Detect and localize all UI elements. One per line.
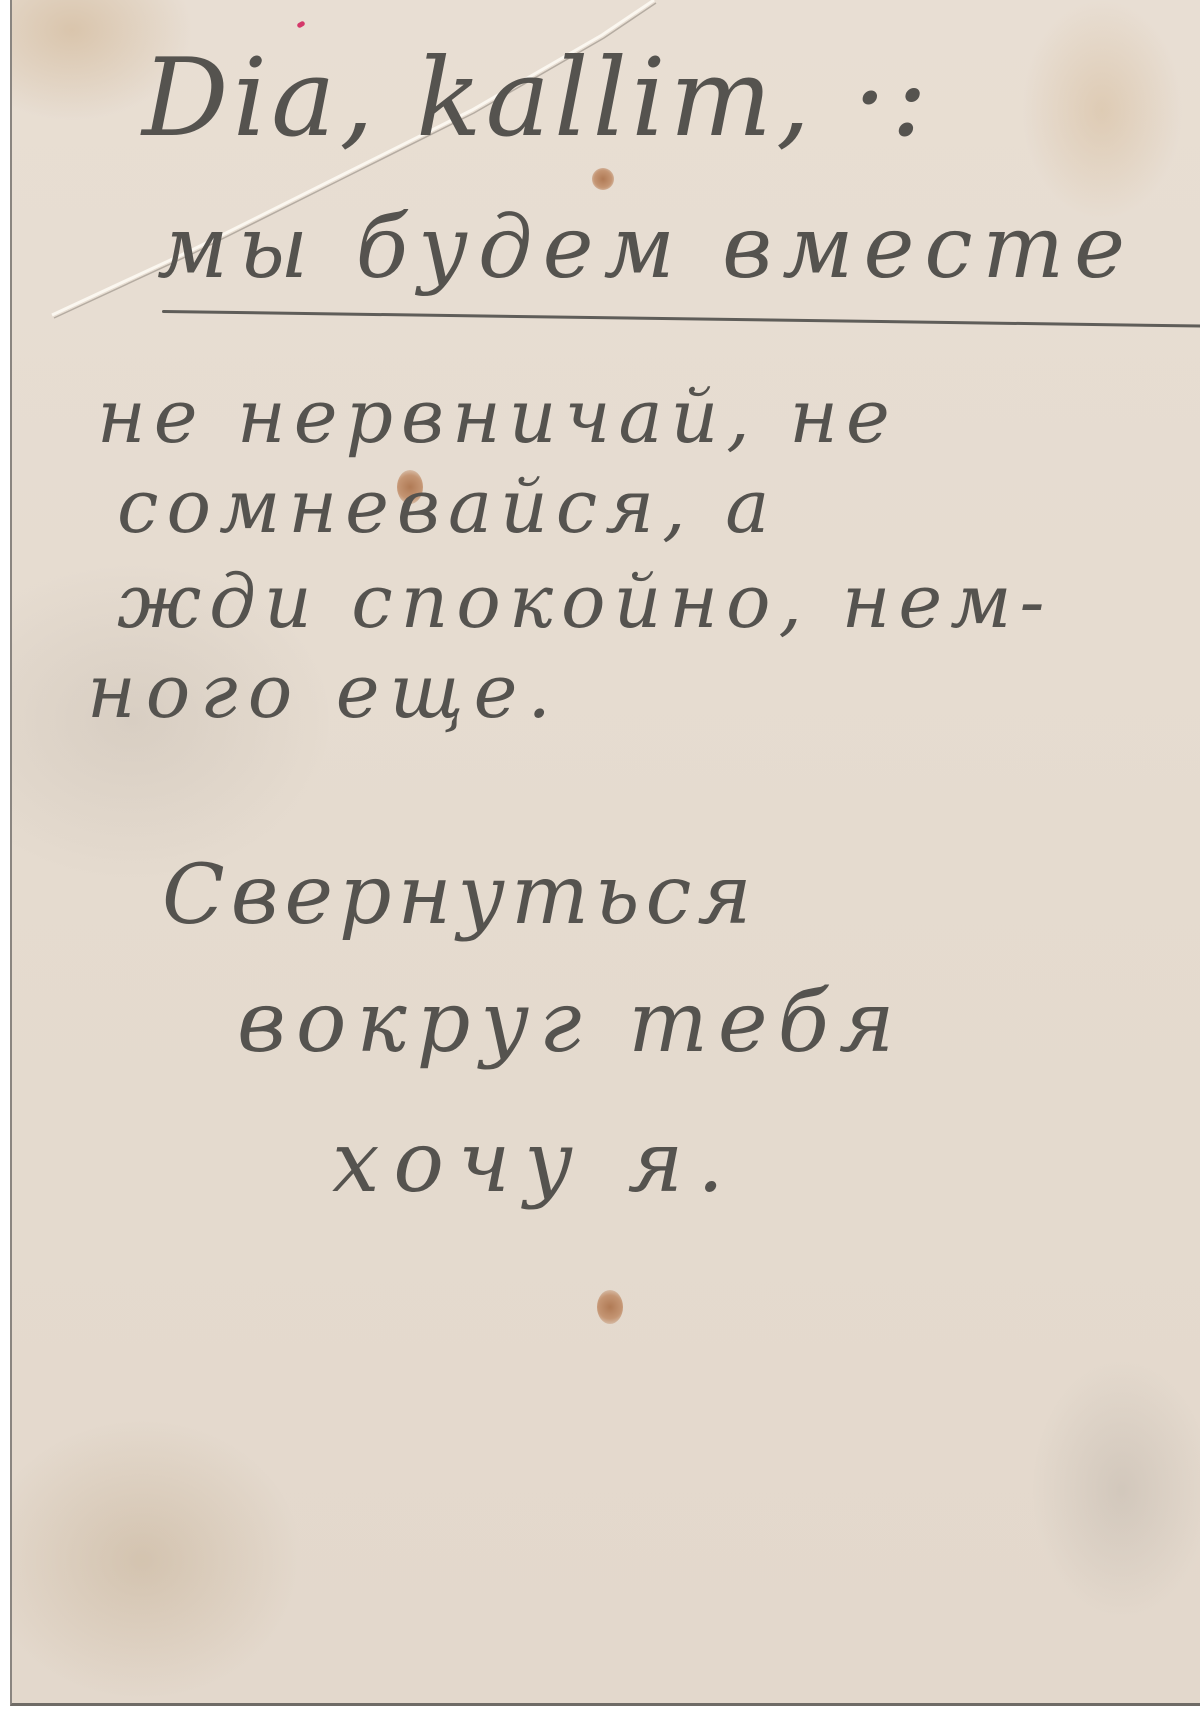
note-line-4: сомневайся, а [117,470,777,544]
note-line-7: Свернуться [162,855,758,937]
note-line-3: не нервничай, не [97,380,898,454]
note-line-6: ного еще. [87,655,561,729]
note-line-9: хочу я. [332,1120,738,1204]
note-line-greeting: Dia, kallim, ·: [142,45,931,153]
note-line-5: жди спокойно, нем- [117,565,1053,639]
note-line-8: вокруг тебя [237,980,905,1064]
rust-spot [592,168,614,190]
note-line-together: мы будем вместе [157,205,1135,291]
paper-sheet: Dia, kallim, ·: мы будем вместе не нервн… [10,0,1200,1706]
rust-spot [597,1290,623,1324]
underline-stroke [162,310,1200,328]
pink-ink-mark [296,20,305,28]
